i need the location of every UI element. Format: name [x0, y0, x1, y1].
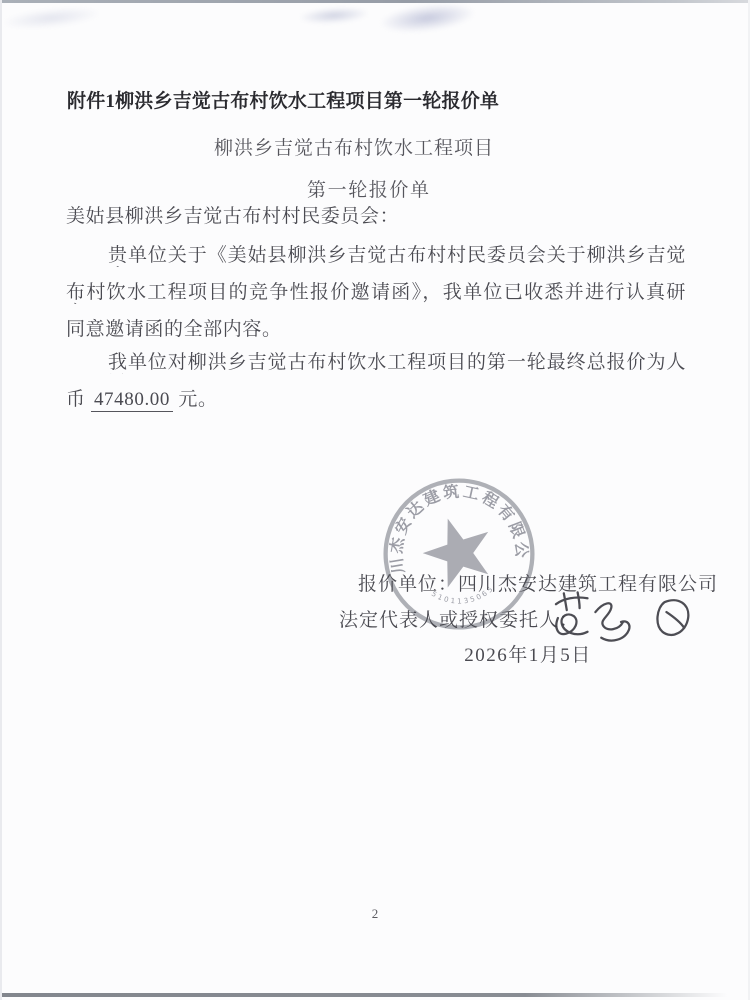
document-subtitle: 第一轮报价单 [307, 180, 431, 201]
scan-edge-top [0, 0, 750, 3]
salutation-line: 美姑县柳洪乡吉觉古布村村民委员会： [66, 206, 399, 227]
amount-suffix: 元。 [173, 389, 218, 410]
body-line: 贵单位关于《美姑县柳洪乡吉觉古布村村民委员会关于柳洪乡吉觉古 [108, 245, 686, 267]
legal-representative-line: 法定代表人或授权委托人： [339, 610, 579, 631]
legal-rep-label: 法定代表人或授权委托人： [339, 610, 579, 631]
scan-edge-bottom [0, 993, 750, 997]
signature-date: 2026年1月5日 [428, 645, 628, 666]
body-line: 布村饮水工程项目的竞争性报价邀请函》，我单位已收悉并进行认真研究， [66, 282, 686, 304]
scan-bleedthrough-smudge [300, 6, 369, 26]
amount-prefix: 币 [66, 389, 91, 410]
body-line: 同意邀请函的全部内容。 [66, 319, 282, 340]
page-number: 2 [0, 906, 750, 922]
total-bid-amount-line: 币 47480.00 元。 [66, 389, 218, 410]
attachment-title: 附件1柳洪乡吉觉古布村饮水工程项目第一轮报价单 [67, 91, 499, 112]
scan-bleedthrough-smudge [3, 4, 99, 32]
handwritten-signature [550, 588, 698, 648]
scan-edge-left [0, 0, 2, 1000]
quote-unit-label: 报价单位： [358, 574, 458, 595]
total-bid-amount: 47480.00 [91, 389, 173, 412]
document-title: 柳洪乡吉觉古布村饮水工程项目 [214, 138, 494, 159]
scan-bleedthrough-smudge [379, 0, 476, 37]
body-line: 我单位对柳洪乡吉觉古布村饮水工程项目的第一轮最终总报价为人民 [108, 352, 686, 374]
